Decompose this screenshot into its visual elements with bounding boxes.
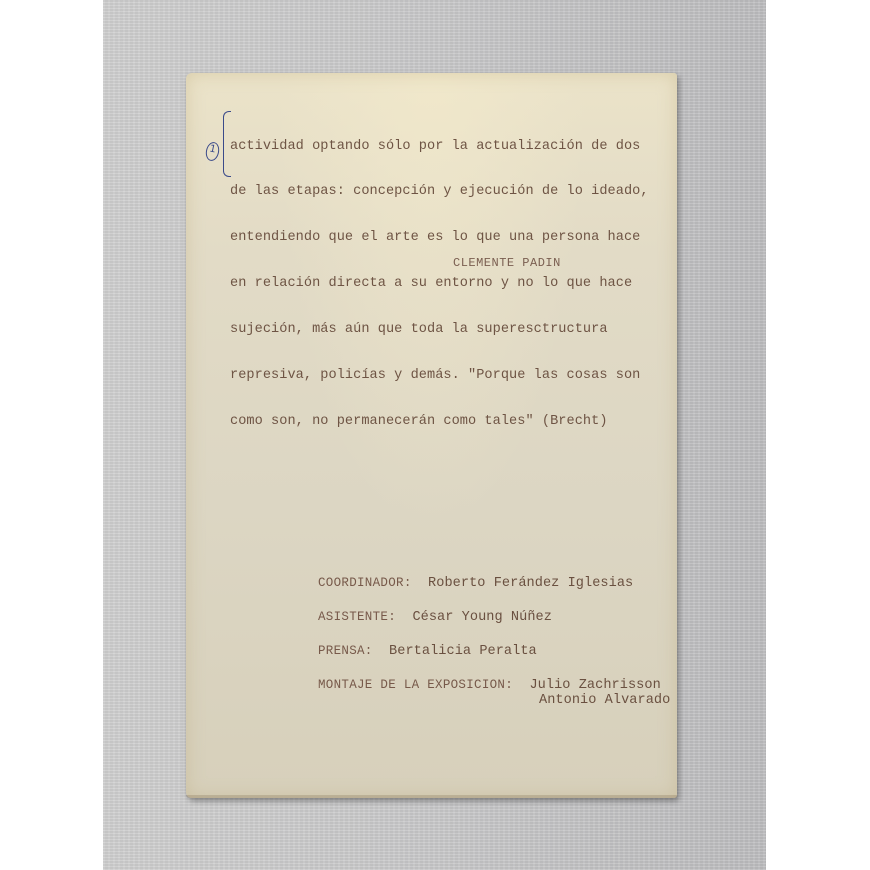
credit-press: PRENSA: Bertalicia Peralta: [318, 644, 537, 659]
body-line: como son, no permanecerán como tales" (B…: [230, 414, 649, 429]
body-line: sujeción, más aún que toda la superesctr…: [230, 322, 649, 337]
author-signature: CLEMENTE PADIN: [453, 256, 561, 271]
margin-annotation-mark: 1: [208, 143, 217, 156]
credit-assistant: ASISTENTE: César Young Núñez: [318, 610, 552, 625]
credit-value: Julio Zachrisson: [529, 678, 660, 693]
body-line: entendiendo que el arte es lo que una pe…: [230, 230, 649, 245]
body-line: actividad optando sólo por la actualizac…: [230, 139, 649, 154]
credit-value: César Young Núñez: [412, 610, 552, 625]
credit-label: COORDINADOR:: [318, 576, 412, 590]
credit-label: PRENSA:: [318, 644, 373, 658]
credit-coordinator: COORDINADOR: Roberto Ferández Iglesias: [318, 576, 633, 591]
credit-value: Antonio Alvarado: [539, 693, 670, 708]
body-paragraph: actividad optando sólo por la actualizac…: [230, 108, 649, 445]
body-line: de las etapas: concepción y ejecución de…: [230, 184, 649, 199]
credit-label: ASISTENTE:: [318, 610, 396, 624]
credit-exhibition-setup: MONTAJE DE LA EXPOSICION: Julio Zachriss…: [318, 678, 661, 693]
credit-value: Roberto Ferández Iglesias: [428, 576, 633, 591]
credit-label: MONTAJE DE LA EXPOSICION:: [318, 678, 513, 692]
body-line: represiva, policías y demás. "Porque las…: [230, 368, 649, 383]
credit-value: Bertalicia Peralta: [389, 644, 537, 659]
body-line: en relación directa a su entorno y no lo…: [230, 276, 649, 291]
